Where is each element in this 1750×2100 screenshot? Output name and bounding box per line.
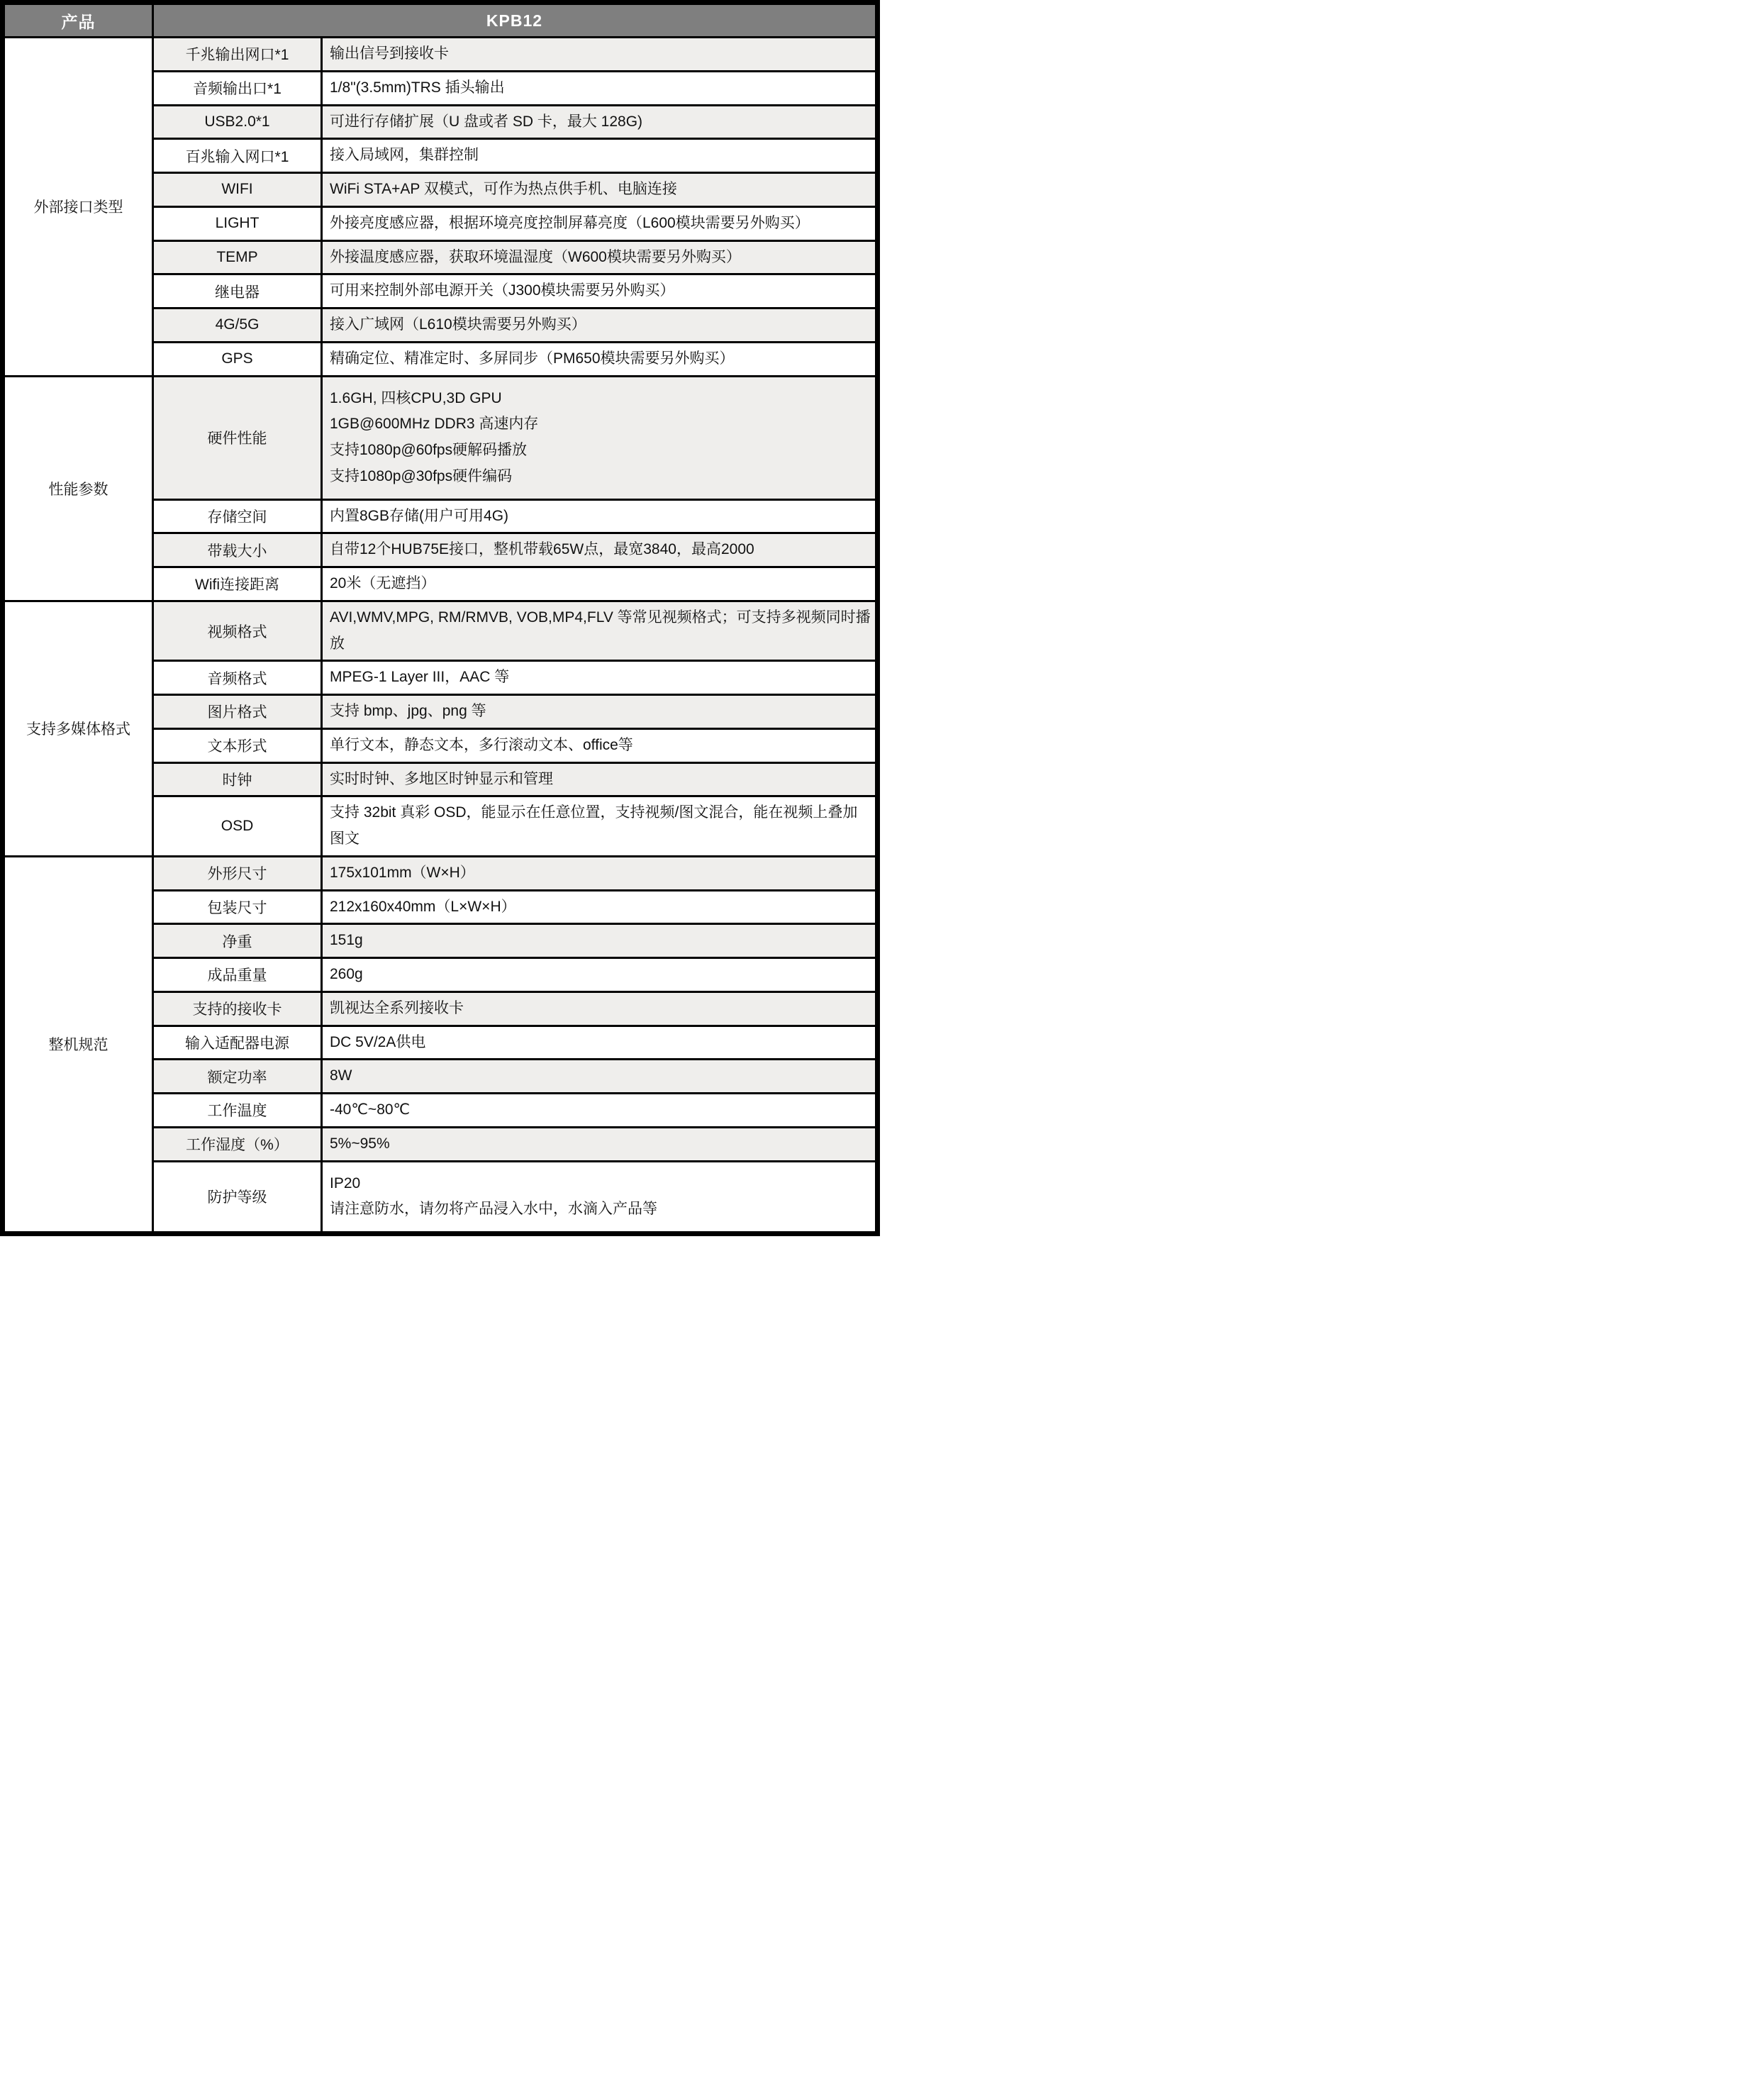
param-cell: 时钟: [153, 762, 322, 796]
value-line: IP20: [330, 1171, 871, 1197]
value-line: 支持 32bit 真彩 OSD，能显示在任意位置，支持视频/图文混合，能在视频上…: [330, 800, 871, 852]
param-cell: 硬件性能: [153, 376, 322, 499]
value-line: 外接温度感应器，获取环境温湿度（W600模块需要另外购买）: [330, 245, 871, 271]
value-line: 支持1080p@30fps硬件编码: [330, 464, 871, 490]
value-cell: 8W: [322, 1060, 878, 1094]
param-cell: 工作湿度（%）: [153, 1127, 322, 1161]
value-line: MPEG-1 Layer III，AAC 等: [330, 665, 871, 691]
value-cell: IP20请注意防水，请勿将产品浸入水中，水滴入产品等: [322, 1161, 878, 1234]
value-line: 260g: [330, 962, 871, 988]
table-row: 外部接口类型千兆输出网口*1输出信号到接收卡: [3, 38, 878, 72]
table-row: 支持多媒体格式视频格式AVI,WMV,MPG, RM/RMVB, VOB,MP4…: [3, 601, 878, 661]
value-line: 凯视达全系列接收卡: [330, 996, 871, 1022]
param-cell: 外形尺寸: [153, 856, 322, 890]
value-line: 单行文本，静态文本，多行滚动文本、office等: [330, 733, 871, 759]
value-cell: 151g: [322, 924, 878, 958]
value-line: -40℃~80℃: [330, 1097, 871, 1123]
value-cell: 接入广域网（L610模块需要另外购买）: [322, 309, 878, 343]
value-line: 可用来控制外部电源开关（J300模块需要另外购买）: [330, 278, 871, 304]
value-line: 精确定位、精准定时、多屏同步（PM650模块需要另外购买）: [330, 346, 871, 372]
value-line: 支持 bmp、jpg、png 等: [330, 699, 871, 725]
spec-table-body: 外部接口类型千兆输出网口*1输出信号到接收卡音频输出口*11/8"(3.5mm)…: [3, 38, 878, 1234]
param-cell: Wifi连接距离: [153, 567, 322, 601]
value-line: 输出信号到接收卡: [330, 41, 871, 67]
value-cell: 接入局域网，集群控制: [322, 139, 878, 173]
param-cell: 支持的接收卡: [153, 991, 322, 1026]
value-line: 请注意防水，请勿将产品浸入水中，水滴入产品等: [330, 1196, 871, 1223]
value-cell: 输出信号到接收卡: [322, 38, 878, 72]
param-cell: 包装尺寸: [153, 890, 322, 924]
section-label: 支持多媒体格式: [3, 601, 153, 856]
value-cell: 1.6GH, 四核CPU,3D GPU1GB@600MHz DDR3 高速内存支…: [322, 376, 878, 499]
param-cell: 音频格式: [153, 661, 322, 695]
param-cell: 成品重量: [153, 958, 322, 992]
value-cell: 可用来控制外部电源开关（J300模块需要另外购买）: [322, 274, 878, 309]
value-cell: 5%~95%: [322, 1127, 878, 1161]
spec-table-header: 产品 KPB12: [3, 3, 878, 38]
value-cell: 外接亮度感应器，根据环境亮度控制屏幕亮度（L600模块需要另外购买）: [322, 206, 878, 240]
param-cell: WIFI: [153, 173, 322, 207]
param-cell: OSD: [153, 796, 322, 857]
value-line: AVI,WMV,MPG, RM/RMVB, VOB,MP4,FLV 等常见视频格…: [330, 605, 871, 657]
value-line: 自带12个HUB75E接口，整机带载65W点，最宽3840，最高2000: [330, 537, 871, 563]
value-cell: DC 5V/2A供电: [322, 1026, 878, 1060]
value-line: 外接亮度感应器，根据环境亮度控制屏幕亮度（L600模块需要另外购买）: [330, 211, 871, 237]
param-cell: 图片格式: [153, 695, 322, 729]
param-cell: 音频输出口*1: [153, 71, 322, 105]
section-label: 外部接口类型: [3, 38, 153, 377]
param-cell: USB2.0*1: [153, 105, 322, 139]
value-cell: 自带12个HUB75E接口，整机带载65W点，最宽3840，最高2000: [322, 533, 878, 567]
header-row: 产品 KPB12: [3, 3, 878, 38]
product-label-cell: 产品: [3, 3, 153, 38]
spec-table: 产品 KPB12 外部接口类型千兆输出网口*1输出信号到接收卡音频输出口*11/…: [0, 0, 880, 1236]
value-cell: 212x160x40mm（L×W×H）: [322, 890, 878, 924]
value-line: 8W: [330, 1063, 871, 1089]
value-line: 20米（无遮挡）: [330, 571, 871, 597]
param-cell: 带载大小: [153, 533, 322, 567]
value-line: 支持1080p@60fps硬解码播放: [330, 438, 871, 464]
param-cell: 4G/5G: [153, 309, 322, 343]
value-line: 151g: [330, 928, 871, 954]
param-cell: 防护等级: [153, 1161, 322, 1234]
value-cell: -40℃~80℃: [322, 1094, 878, 1128]
value-line: 5%~95%: [330, 1131, 871, 1157]
value-cell: 175x101mm（W×H）: [322, 856, 878, 890]
value-cell: 凯视达全系列接收卡: [322, 991, 878, 1026]
param-cell: GPS: [153, 342, 322, 376]
value-cell: 支持 bmp、jpg、png 等: [322, 695, 878, 729]
value-cell: 外接温度感应器，获取环境温湿度（W600模块需要另外购买）: [322, 240, 878, 274]
param-cell: 文本形式: [153, 728, 322, 762]
param-cell: 存储空间: [153, 499, 322, 533]
table-row: 性能参数硬件性能1.6GH, 四核CPU,3D GPU1GB@600MHz DD…: [3, 376, 878, 499]
value-cell: 260g: [322, 958, 878, 992]
value-cell: 1/8"(3.5mm)TRS 插头输出: [322, 71, 878, 105]
value-cell: 内置8GB存储(用户可用4G): [322, 499, 878, 533]
value-line: 1/8"(3.5mm)TRS 插头输出: [330, 75, 871, 101]
section-label: 性能参数: [3, 376, 153, 601]
param-cell: 百兆输入网口*1: [153, 139, 322, 173]
param-cell: 视频格式: [153, 601, 322, 661]
value-line: 接入局域网，集群控制: [330, 143, 871, 169]
param-cell: LIGHT: [153, 206, 322, 240]
value-cell: MPEG-1 Layer III，AAC 等: [322, 661, 878, 695]
value-cell: WiFi STA+AP 双模式，可作为热点供手机、电脑连接: [322, 173, 878, 207]
value-cell: 精确定位、精准定时、多屏同步（PM650模块需要另外购买）: [322, 342, 878, 376]
section-label: 整机规范: [3, 856, 153, 1233]
param-cell: 工作温度: [153, 1094, 322, 1128]
value-cell: AVI,WMV,MPG, RM/RMVB, VOB,MP4,FLV 等常见视频格…: [322, 601, 878, 661]
param-cell: 千兆输出网口*1: [153, 38, 322, 72]
value-line: WiFi STA+AP 双模式，可作为热点供手机、电脑连接: [330, 177, 871, 203]
value-cell: 可进行存储扩展（U 盘或者 SD 卡，最大 128G): [322, 105, 878, 139]
value-line: 175x101mm（W×H）: [330, 860, 871, 887]
value-line: 212x160x40mm（L×W×H）: [330, 894, 871, 921]
value-line: 可进行存储扩展（U 盘或者 SD 卡，最大 128G): [330, 109, 871, 135]
value-line: 1.6GH, 四核CPU,3D GPU: [330, 386, 871, 412]
value-cell: 20米（无遮挡）: [322, 567, 878, 601]
param-cell: 额定功率: [153, 1060, 322, 1094]
value-cell: 实时时钟、多地区时钟显示和管理: [322, 762, 878, 796]
table-row: 整机规范外形尺寸175x101mm（W×H）: [3, 856, 878, 890]
value-cell: 支持 32bit 真彩 OSD，能显示在任意位置，支持视频/图文混合，能在视频上…: [322, 796, 878, 857]
value-line: 1GB@600MHz DDR3 高速内存: [330, 411, 871, 438]
value-line: DC 5V/2A供电: [330, 1030, 871, 1056]
product-value-cell: KPB12: [153, 3, 878, 38]
param-cell: 继电器: [153, 274, 322, 309]
value-cell: 单行文本，静态文本，多行滚动文本、office等: [322, 728, 878, 762]
value-line: 内置8GB存储(用户可用4G): [330, 504, 871, 530]
param-cell: 输入适配器电源: [153, 1026, 322, 1060]
value-line: 接入广域网（L610模块需要另外购买）: [330, 312, 871, 338]
param-cell: TEMP: [153, 240, 322, 274]
value-line: 实时时钟、多地区时钟显示和管理: [330, 767, 871, 793]
param-cell: 净重: [153, 924, 322, 958]
spec-sheet-page: 产品 KPB12 外部接口类型千兆输出网口*1输出信号到接收卡音频输出口*11/…: [0, 0, 875, 1236]
